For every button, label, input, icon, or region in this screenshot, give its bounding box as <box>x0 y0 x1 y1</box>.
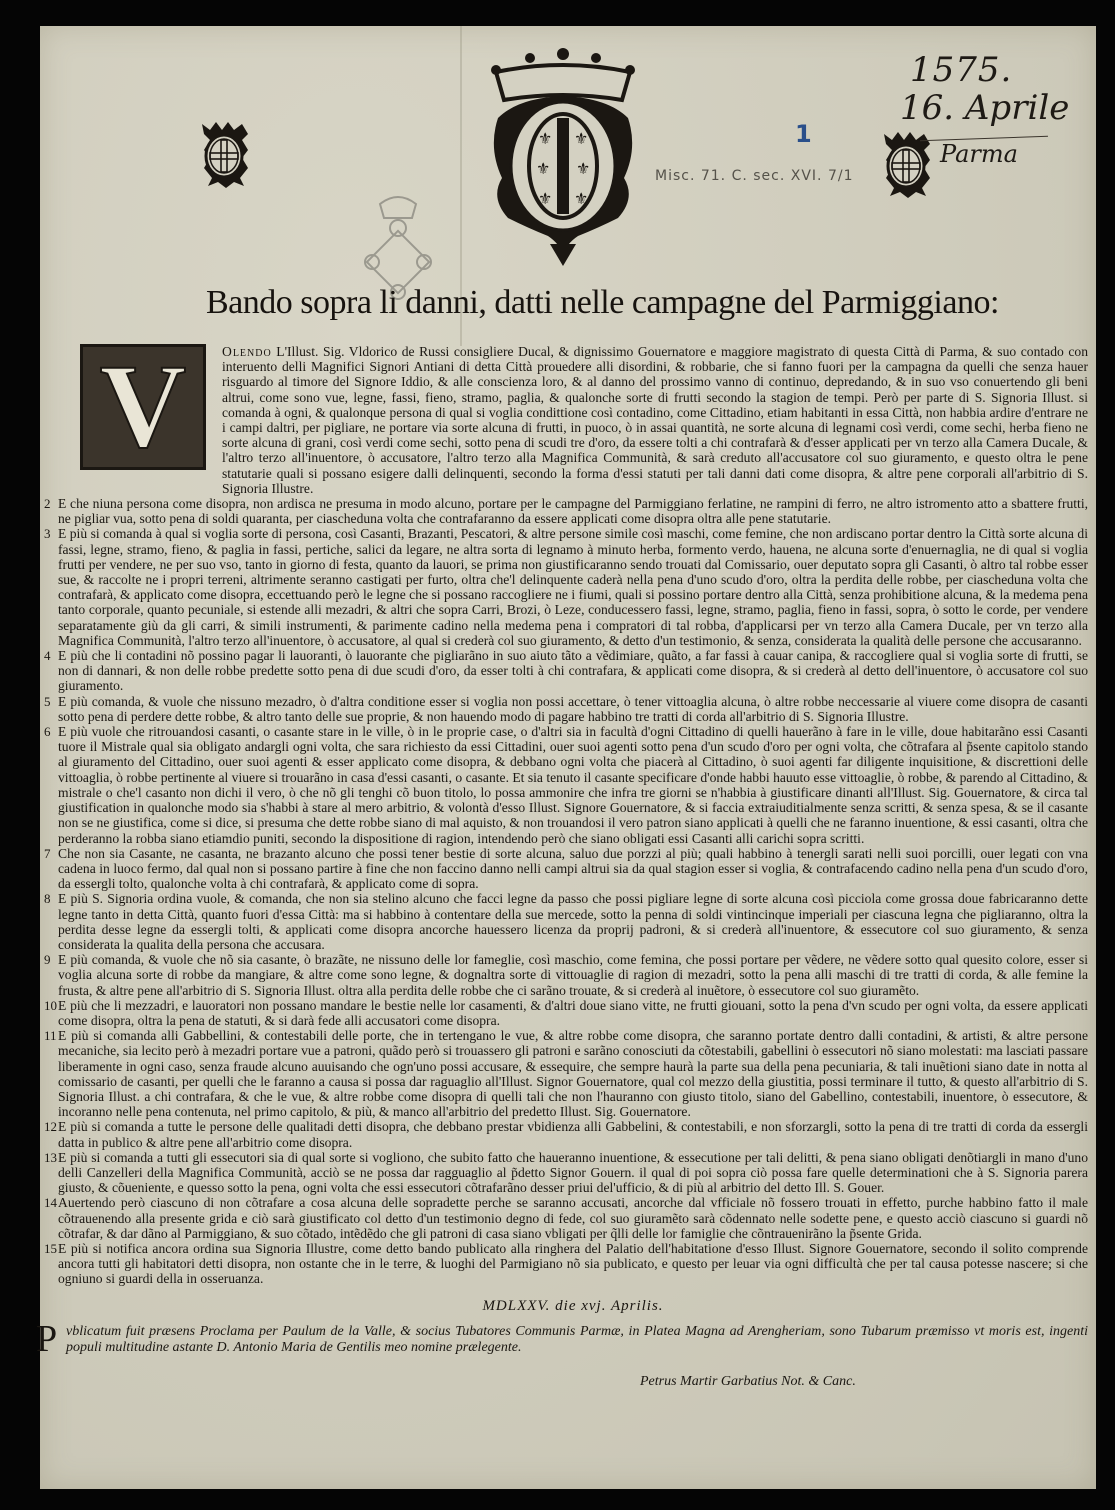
svg-text:⚜: ⚜ <box>574 131 588 148</box>
notary-signature: Petrus Martir Garbatius Not. & Canc. <box>640 1374 1088 1389</box>
article-number: 2 <box>44 496 51 511</box>
handwritten-year: 1575. <box>910 50 1012 90</box>
article-7: 7Che non sia Casante, ne casanta, ne bra… <box>58 846 1088 892</box>
article-text: E più che li mezzadri, e lauoratori non … <box>58 998 1088 1028</box>
article-number: 7 <box>44 846 51 861</box>
proclamation-date: MDLXXV. die xvj. Aprilis. <box>58 1299 1088 1314</box>
article-text: Che non sia Casante, ne casanta, ne braz… <box>58 846 1088 891</box>
article-text: E più che li contadini nõ possino pagar … <box>58 648 1088 693</box>
article-text: E più si comanda alli Gabbellini, & cont… <box>58 1028 1088 1119</box>
publication-note: P vblicatum fuit præsens Proclama per Pa… <box>58 1324 1088 1356</box>
handwritten-date: 16. Aprile <box>900 88 1069 128</box>
article-12: 12E più si comanda a tutte le persone de… <box>58 1119 1088 1149</box>
article-text: E più comanda, & vuole che nõ sia casant… <box>58 952 1088 997</box>
article-13: 13E più si comanda a tutti gli essecutor… <box>58 1150 1088 1196</box>
proclamation-body: Olendo L'Illust. Sig. Vldorico de Russi … <box>58 344 1088 1389</box>
article-text: E più vuole che ritrouandosi casanti, o … <box>58 724 1088 845</box>
proclamation-title: Bando sopra li danni, datti nelle campag… <box>206 284 1066 322</box>
svg-text:⚜: ⚜ <box>574 191 588 208</box>
article-number: 12 <box>44 1119 57 1134</box>
svg-text:⚜: ⚜ <box>538 131 552 148</box>
article-text: Auertendo però ciascuno di non cõtrafare… <box>58 1195 1088 1240</box>
article-number: 9 <box>44 952 51 967</box>
article-6: 6E più vuole che ritrouandosi casanti, o… <box>58 724 1088 846</box>
publication-initial: P <box>36 1320 57 1358</box>
article-9: 9E più comanda, & vuole che nõ sia casan… <box>58 952 1088 998</box>
archive-shelfmark: Misc. 71. C. sec. XVI. 7/1 <box>655 168 853 184</box>
article-number: 4 <box>44 648 51 663</box>
article-text: E più si comanda a tutte le persone dell… <box>58 1119 1088 1149</box>
article-11: 11E più si comanda alli Gabbellini, & co… <box>58 1028 1088 1119</box>
article-text: E che niuna persona come disopra, non ar… <box>58 496 1088 526</box>
blue-pencil-mark: 1 <box>795 120 812 148</box>
article-text: E più si comanda a tutti gli essecutori … <box>58 1150 1088 1195</box>
article-number: 5 <box>44 694 51 709</box>
article-number: 3 <box>44 526 51 541</box>
farnese-crowned-arms-icon: ⚜⚜ ⚜⚜ ⚜⚜ <box>478 48 648 268</box>
parma-cross-arms-right-icon <box>870 126 942 204</box>
article-5: 5E più comanda, & vuole che nissuno meza… <box>58 694 1088 724</box>
parma-cross-arms-left-icon <box>188 116 260 194</box>
article-text: E più comanda, & vuole che nissuno mezad… <box>58 694 1088 724</box>
article-4: 4E più che li contadini nõ possino pagar… <box>58 648 1088 694</box>
article-number: 10 <box>44 998 57 1013</box>
article-text: E più S. Signoria ordina vuole, & comand… <box>58 891 1088 952</box>
intro-text: L'Illust. Sig. Vldorico de Russi consigl… <box>222 344 1088 496</box>
svg-text:⚜: ⚜ <box>576 161 590 178</box>
article-8: 8E più S. Signoria ordina vuole, & coman… <box>58 891 1088 952</box>
article-number: 15 <box>44 1241 57 1256</box>
article-number: 14 <box>44 1195 57 1210</box>
handwritten-place: Parma <box>940 140 1018 168</box>
article-number: 8 <box>44 891 51 906</box>
article-3: 3E più si comanda à qual si voglia sorte… <box>58 526 1088 648</box>
svg-text:⚜: ⚜ <box>538 191 552 208</box>
article-14: 14Auertendo però ciascuno di non cõtrafa… <box>58 1195 1088 1241</box>
intro-smallcaps: Olendo <box>222 344 272 359</box>
article-number: 6 <box>44 724 51 739</box>
article-text: E più si comanda à qual si voglia sorte … <box>58 526 1088 647</box>
article-2: 2E che niuna persona come disopra, non a… <box>58 496 1088 526</box>
article-number: 11 <box>44 1028 57 1043</box>
article-text: E più si notifica ancora ordina sua Sign… <box>58 1241 1088 1286</box>
article-number: 13 <box>44 1150 57 1165</box>
article-15: 15E più si notifica ancora ordina sua Si… <box>58 1241 1088 1287</box>
intro-paragraph: Olendo L'Illust. Sig. Vldorico de Russi … <box>58 344 1088 496</box>
article-10: 10E più che li mezzadri, e lauoratori no… <box>58 998 1088 1028</box>
svg-text:⚜: ⚜ <box>536 161 550 178</box>
publication-text: vblicatum fuit præsens Proclama per Paul… <box>66 1324 1088 1355</box>
